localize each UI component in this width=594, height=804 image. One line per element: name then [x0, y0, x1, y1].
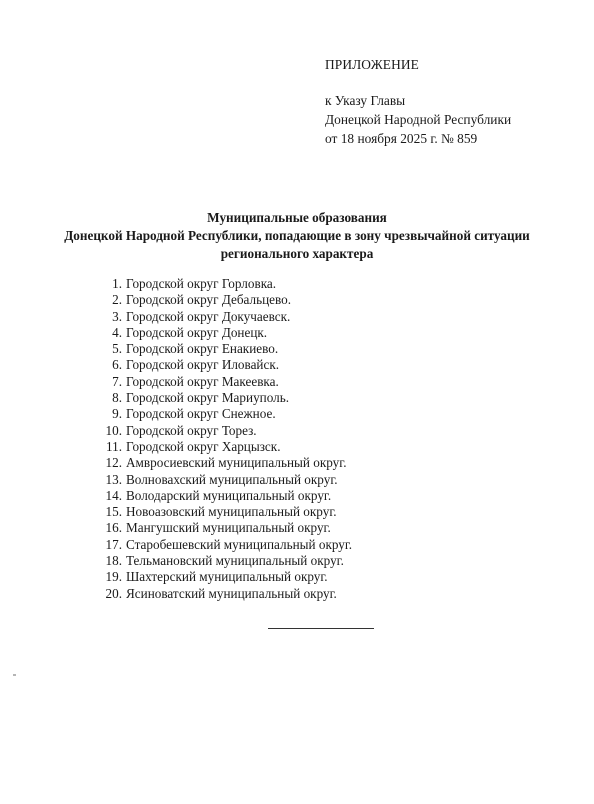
list-item: 17.Старобешевский муниципальный округ. [0, 537, 352, 553]
list-item: 15.Новоазовский муниципальный округ. [0, 504, 352, 520]
list-item-number: 5. [0, 341, 126, 357]
list-item-text: Старобешевский муниципальный округ. [126, 537, 352, 552]
list-item-text: Городской округ Дебальцево. [126, 292, 291, 307]
list-item-number: 14. [0, 488, 126, 504]
list-item: 3.Городской округ Докучаевск. [0, 309, 352, 325]
list-item-text: Городской округ Макеевка. [126, 374, 279, 389]
appendix-ref-line: к Указу Главы [325, 91, 511, 110]
list-item-number: 9. [0, 406, 126, 422]
list-item-text: Шахтерский муниципальный округ. [126, 569, 328, 584]
list-item: 14.Володарский муниципальный округ. [0, 488, 352, 504]
list-item-number: 11. [0, 439, 126, 455]
list-item-number: 19. [0, 569, 126, 585]
list-item-number: 18. [0, 553, 126, 569]
list-item: 1.Городской округ Горловка. [0, 276, 352, 292]
list-item-text: Городской округ Донецк. [126, 325, 267, 340]
document-page: ПРИЛОЖЕНИЕ к Указу Главы Донецкой Народн… [0, 0, 594, 804]
list-item-text: Ясиноватский муниципальный округ. [126, 586, 337, 601]
list-item-number: 12. [0, 455, 126, 471]
heading-line: регионального характера [0, 245, 594, 263]
appendix-ref-line: Донецкой Народной Республики [325, 110, 511, 129]
list-item-text: Городской округ Иловайск. [126, 357, 279, 372]
list-item-number: 20. [0, 586, 126, 602]
list-item: 8.Городской округ Мариуполь. [0, 390, 352, 406]
list-item-text: Городской округ Енакиево. [126, 341, 278, 356]
list-item: 18.Тельмановский муниципальный округ. [0, 553, 352, 569]
appendix-ref-line: от 18 ноября 2025 г. № 859 [325, 129, 511, 148]
list-item-text: Городской округ Снежное. [126, 406, 276, 421]
list-item: 7.Городской округ Макеевка. [0, 374, 352, 390]
list-item: 12.Амвросиевский муниципальный округ. [0, 455, 352, 471]
list-item: 2.Городской округ Дебальцево. [0, 292, 352, 308]
list-item: 19.Шахтерский муниципальный округ. [0, 569, 352, 585]
list-item: 9.Городской округ Снежное. [0, 406, 352, 422]
list-item-number: 15. [0, 504, 126, 520]
heading-line: Муниципальные образования [0, 209, 594, 227]
list-item-number: 8. [0, 390, 126, 406]
scan-speck [13, 674, 16, 676]
heading-line: Донецкой Народной Республики, попадающие… [0, 227, 594, 245]
list-item: 6.Городской округ Иловайск. [0, 357, 352, 373]
list-item-text: Мангушский муниципальный округ. [126, 520, 331, 535]
list-item-number: 6. [0, 357, 126, 373]
list-item-number: 16. [0, 520, 126, 536]
list-item: 13.Волновахский муниципальный округ. [0, 472, 352, 488]
list-item-text: Амвросиевский муниципальный округ. [126, 455, 347, 470]
list-item-number: 7. [0, 374, 126, 390]
list-item-number: 10. [0, 423, 126, 439]
list-item-text: Городской округ Докучаевск. [126, 309, 290, 324]
list-item-number: 3. [0, 309, 126, 325]
appendix-block: ПРИЛОЖЕНИЕ к Указу Главы Донецкой Народн… [325, 55, 511, 148]
list-item-number: 17. [0, 537, 126, 553]
list-item-number: 2. [0, 292, 126, 308]
list-item: 5.Городской округ Енакиево. [0, 341, 352, 357]
list-item-text: Волновахский муниципальный округ. [126, 472, 338, 487]
list-item: 4.Городской округ Донецк. [0, 325, 352, 341]
list-item-text: Городской округ Мариуполь. [126, 390, 289, 405]
list-item-text: Городской округ Торез. [126, 423, 257, 438]
list-item-text: Городской округ Горловка. [126, 276, 276, 291]
list-item-text: Городской округ Харцызск. [126, 439, 281, 454]
closing-rule-divider [268, 628, 374, 629]
appendix-title: ПРИЛОЖЕНИЕ [325, 55, 511, 74]
document-heading: Муниципальные образования Донецкой Народ… [0, 209, 594, 263]
appendix-reference: к Указу Главы Донецкой Народной Республи… [325, 91, 511, 148]
list-item: 11.Городской округ Харцызск. [0, 439, 352, 455]
list-item-text: Новоазовский муниципальный округ. [126, 504, 337, 519]
list-item: 10.Городской округ Торез. [0, 423, 352, 439]
list-item: 16.Мангушский муниципальный округ. [0, 520, 352, 536]
list-item-number: 13. [0, 472, 126, 488]
list-item-text: Володарский муниципальный округ. [126, 488, 331, 503]
list-item-number: 4. [0, 325, 126, 341]
municipality-list: 1.Городской округ Горловка.2.Городской о… [0, 276, 352, 602]
list-item-number: 1. [0, 276, 126, 292]
list-item: 20.Ясиноватский муниципальный округ. [0, 586, 352, 602]
list-item-text: Тельмановский муниципальный округ. [126, 553, 344, 568]
